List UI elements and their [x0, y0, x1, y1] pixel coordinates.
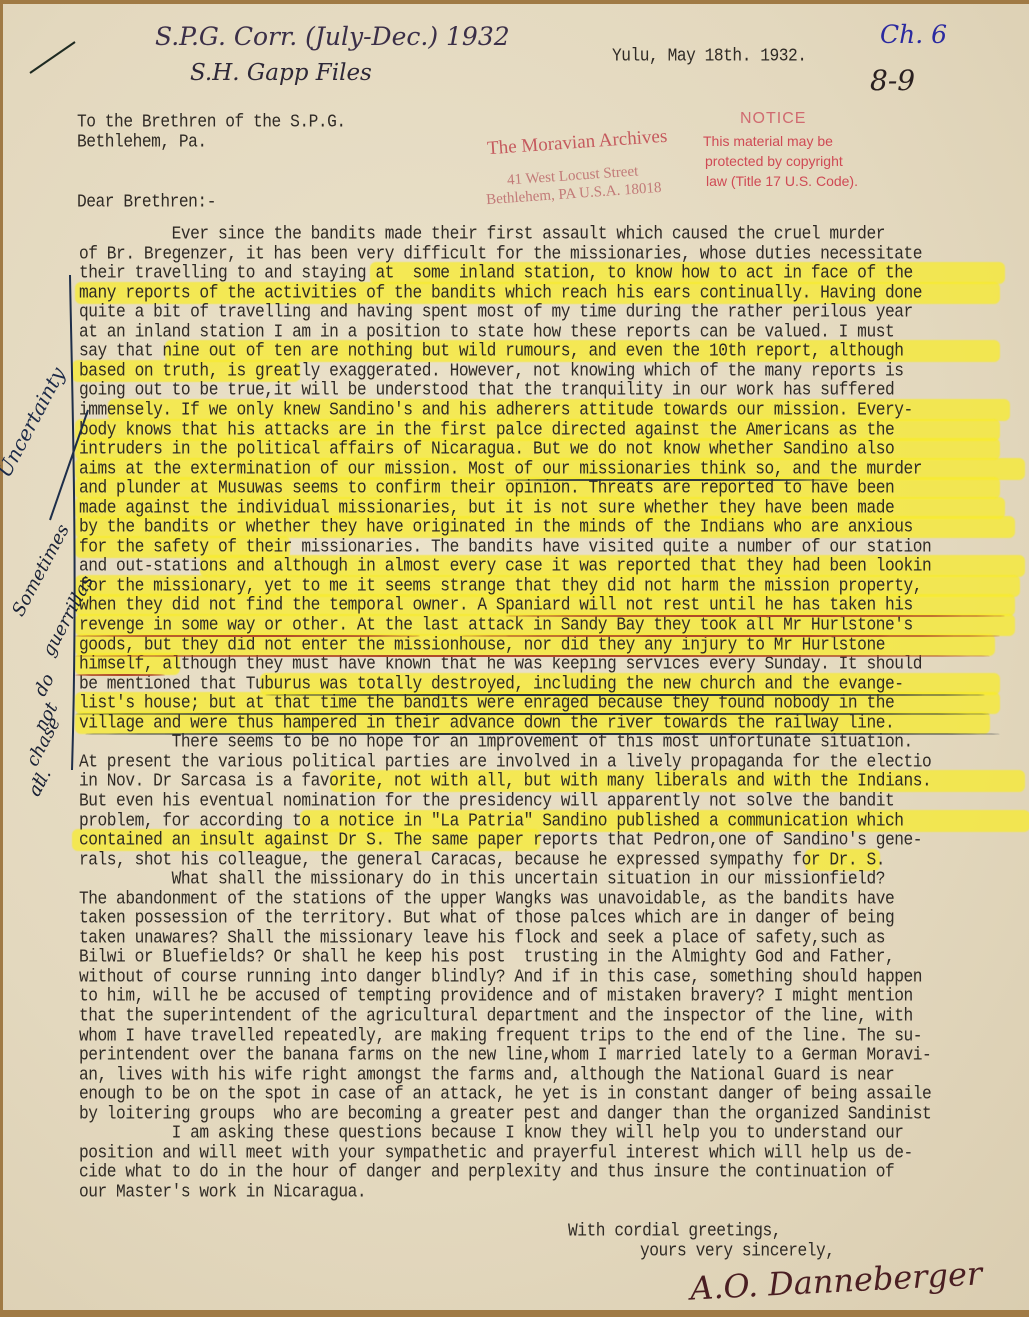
pen-underline [505, 479, 840, 481]
letter-line: an, lives with his wife right amongst th… [79, 1065, 894, 1085]
pen-underline [75, 655, 990, 657]
letter-line: quite a bit of travelling and having spe… [79, 302, 913, 322]
letter-line: himself, although they must have known t… [79, 654, 922, 674]
letter-line: that the superintendent of the agricultu… [79, 1006, 913, 1026]
letter-line: The abandonment of the stations of the u… [79, 889, 894, 909]
letter-line: Ever since the bandits made their first … [79, 224, 885, 244]
letter-line: for the safety of their missionaries. Th… [79, 537, 931, 557]
letter-line: intruders in the political affairs of Ni… [79, 439, 894, 459]
letter-line: taken unawares? Shall the missionary lea… [79, 928, 885, 948]
letter-line: when they did not find the temporal owne… [79, 595, 913, 615]
letter-line: position and will meet with your sympath… [79, 1143, 913, 1163]
pages-note: 8-9 [870, 64, 915, 97]
letter-line: perintendent over the banana farms on th… [79, 1045, 931, 1065]
recipient-line2: Bethlehem, Pa. [77, 132, 207, 152]
letter-line: enough to be on the spot in case of an a… [79, 1084, 931, 1104]
letter-line: But even his eventual nomination for the… [79, 791, 894, 811]
pen-underline [85, 733, 1000, 735]
letter-line: contained an insult against Dr S. The sa… [79, 830, 922, 850]
letter-line: without of course running into danger bl… [79, 967, 922, 987]
letter-line: of Br. Bregenzer, it has been very diffi… [79, 244, 922, 264]
letter-line: based on truth, is greatly exaggerated. … [79, 361, 904, 381]
letter-line: revenge in some way or other. At the las… [79, 615, 913, 635]
letter-line: our Master's work in Nicaragua. [79, 1182, 366, 1202]
letter-line: whom I have travelled repeatedly, are ma… [79, 1026, 922, 1046]
letter-line: taken possession of the territory. But w… [79, 908, 894, 928]
pen-underline [75, 635, 420, 637]
letter-line: problem, for according to a notice in "L… [79, 811, 904, 831]
letter-line: immensely. If we only knew Sandino's and… [79, 400, 913, 420]
letter-line: many reports of the activities of the ba… [79, 283, 922, 303]
margin-slash-mark [25, 38, 85, 78]
closing-greeting: With cordial greetings, [568, 1221, 781, 1241]
letter-line: village and were thus hampered in their … [79, 713, 894, 733]
salutation: Dear Brethren:- [77, 192, 216, 212]
letter-line: at an inland station I am in a position … [79, 322, 894, 342]
letter-line: What shall the missionary do in this unc… [79, 869, 885, 889]
recipient-line1: To the Brethren of the S.P.G. [77, 112, 346, 132]
letter-line: for the missionary, yet to me it seems s… [79, 576, 922, 596]
letter-line: rals, shot his colleague, the general Ca… [79, 850, 885, 870]
letter-line: to him, will he be accused of tempting p… [79, 986, 913, 1006]
letter-line: their travelling to and staying at some … [79, 263, 913, 283]
pen-underline [265, 694, 985, 696]
letter-line: cide what to do in the hour of danger an… [79, 1162, 894, 1182]
letter-line: and out-stations and although in almost … [79, 556, 931, 576]
letter-line: going out to be true,it will be understo… [79, 380, 894, 400]
letter-line: At present the various political parties… [79, 752, 931, 772]
letter-line: say that nine out of ten are nothing but… [79, 341, 904, 361]
letter-line: by loitering groups who are becoming a g… [79, 1104, 931, 1124]
notice-line2: protected by copyright [705, 153, 843, 169]
letter-line: body knows that his attacks are in the f… [79, 420, 894, 440]
notice-title: NOTICE [740, 110, 806, 128]
pen-underline [460, 635, 1000, 637]
letter-line: aims at the extermination of our mission… [79, 459, 922, 479]
place-date: Yulu, May 18th. 1932. [612, 46, 807, 66]
letter-line: goods, but they did not enter the missio… [79, 635, 885, 655]
file-label-line1: S.P.G. Corr. (July-Dec.) 1932 [155, 22, 510, 51]
notice-line1: This material may be [703, 133, 833, 149]
letter-line: be mentioned that Tuburus was totally de… [79, 674, 904, 694]
letter-line: and plunder at Musuwas seems to confirm … [79, 478, 894, 498]
letter-line: made against the individual missionaries… [79, 498, 894, 518]
letter-line: There seems to be no hope for an improve… [79, 732, 913, 752]
letter-line: list's house; but at that time the bandi… [79, 693, 894, 713]
file-label-line2: S.H. Gapp Files [190, 60, 372, 86]
notice-line3: law (Title 17 U.S. Code). [706, 173, 858, 189]
closing-sincerely: yours very sincerely, [640, 1241, 835, 1261]
letter-line: Bilwi or Bluefields? Or shall he keep hi… [79, 947, 894, 967]
letter-line: I am asking these questions because I kn… [79, 1123, 904, 1143]
letter-line: by the bandits or whether they have orig… [79, 517, 913, 537]
letter-line: in Nov. Dr Sarcasa is a favorite, not wi… [79, 771, 931, 791]
chapter-note: Ch. 6 [880, 20, 947, 49]
